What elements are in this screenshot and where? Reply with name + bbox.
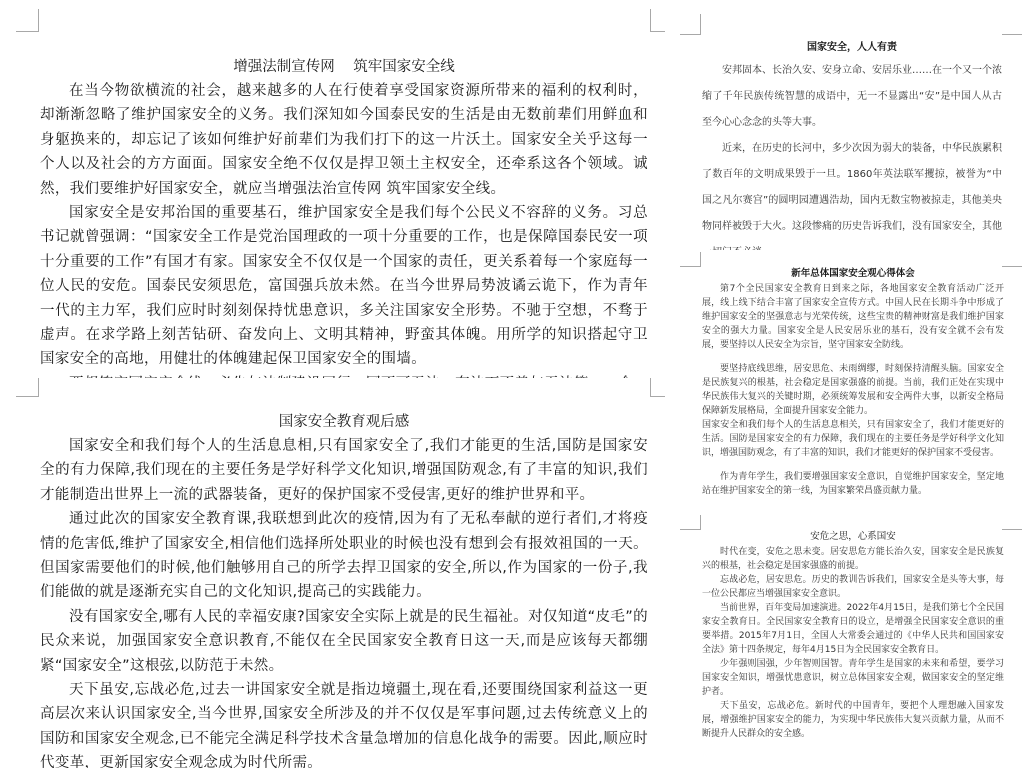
paragraph: 没有国家安全,哪有人民的幸福安康?国家安全实际上就是的民生福祉。对仅知道“皮毛”… [40,605,648,678]
margin-corner-mark [680,252,701,267]
paragraph: 近来，在历史的长河中，多少次因为弱大的装备，中华民族累积了数百年的文明成果毁于一… [702,136,1002,250]
margin-corner-mark [16,9,39,32]
paragraph: 在当今物欲横流的社会，越来越多的人在行使着享受国家资源所带来的福利的权利时，却渐… [40,79,648,201]
margin-corner-mark [680,14,701,35]
margin-corner-mark [1002,252,1022,267]
margin-corner-mark [16,378,39,397]
page-title: 增强法制宣传网 筑牢国家安全线 [40,55,648,79]
document-page-5: 安危之思，心系国安 时代在变，安危之思未变。居安思危方能长治久安，国家安全是民族… [680,515,1024,768]
page-title: 国家安全，人人有责 [702,38,1002,58]
paragraph: 当前世界，百年变局加速演进。2022年4月15日，是我们第七个全民国家安全教育日… [702,601,1004,657]
page-5-body: 安危之思，心系国安 时代在变，安危之思未变。居安思危方能长治久安，国家安全是民族… [702,529,1004,741]
paragraph: 国家安全和我们每个人的生活息息相,只有国家安全了,我们才能更的生活,国防是国家安… [40,434,648,507]
page-title: 新年总体国家安全观心得体会 [702,266,1004,282]
document-page-2: 国家安全教育观后感 国家安全和我们每个人的生活息息相,只有国家安全了,我们才能更… [0,378,665,768]
margin-corner-mark [1002,14,1022,35]
page-title: 安危之思，心系国安 [702,529,1004,545]
paragraph: 要坚持底线思维，居安思危、未雨绸缪，时刻保持清醒头脑。国家安全是民族复兴的根基，… [702,362,1004,418]
page-1-body: 增强法制宣传网 筑牢国家安全线 在当今物欲横流的社会，越来越多的人在行使着享受国… [40,55,648,378]
document-page-1: 增强法制宣传网 筑牢国家安全线 在当今物欲横流的社会，越来越多的人在行使着享受国… [0,0,665,378]
paragraph: 安邦固本、长治久安、安身立命、安居乐业……在一个又一个浓缩了千年民族传统智慧的成… [702,58,1002,136]
page-2-body: 国家安全教育观后感 国家安全和我们每个人的生活息息相,只有国家安全了,我们才能更… [40,410,648,768]
page-3-body: 国家安全，人人有责 安邦固本、长治久安、安身立命、安居乐业……在一个又一个浓缩了… [702,38,1002,250]
paragraph: 天下虽安,忘战必危,过去一讲国家安全就是指边境疆土,现在看,还要围绕国家利益这一… [40,678,648,768]
paragraph: 作为青年学生，我们要增强国家安全意识，自觉维护国家安全，坚定地站在维护国家安全的… [702,470,1004,498]
margin-corner-mark [1002,515,1022,530]
paragraph: 天下虽安，忘战必危。新时代的中国青年，要把个人理想融入国家发展，增强维护国家安全… [702,699,1004,741]
paragraph: 国家安全和我们每个人的生活息息相关，只有国家安全了，我们才能更好的生活。国防是国… [702,418,1004,460]
paragraph: 国家安全是安邦治国的重要基石，维护国家安全是我们每个公民义不容辞的义务。习总书记… [40,201,648,372]
margin-corner-mark [650,378,665,397]
paragraph: 时代在变，安危之思未变。居安思危方能长治久安，国家安全是民族复兴的根基，社会稳定… [702,545,1004,573]
margin-corner-mark [680,515,701,530]
page-4-body: 新年总体国家安全观心得体会 第7个全民国家安全教育日到来之际，各地国家安全教育活… [702,266,1004,498]
paragraph: 第7个全民国家安全教育日到来之际，各地国家安全教育活动广泛开展，线上线下结合丰富… [702,282,1004,352]
paragraph: 忘战必危，居安思危。历史的教训告诉我们，国家安全是头等大事，每一位公民都应当增强… [702,573,1004,601]
page-title: 国家安全教育观后感 [40,410,648,434]
paragraph: 少年强则国强，少年智则国智。青年学生是国家的未来和希望，要学习国家安全知识，增强… [702,657,1004,699]
document-page-4: 新年总体国家安全观心得体会 第7个全民国家安全教育日到来之际，各地国家安全教育活… [680,250,1024,515]
document-page-3: 国家安全，人人有责 安邦固本、长治久安、安身立命、安居乐业……在一个又一个浓缩了… [680,0,1024,250]
margin-corner-mark [650,9,665,32]
paragraph: 通过此次的国家安全教育课,我联想到此次的疫情,因为有了无私奉献的逆行者们,才将疫… [40,507,648,605]
